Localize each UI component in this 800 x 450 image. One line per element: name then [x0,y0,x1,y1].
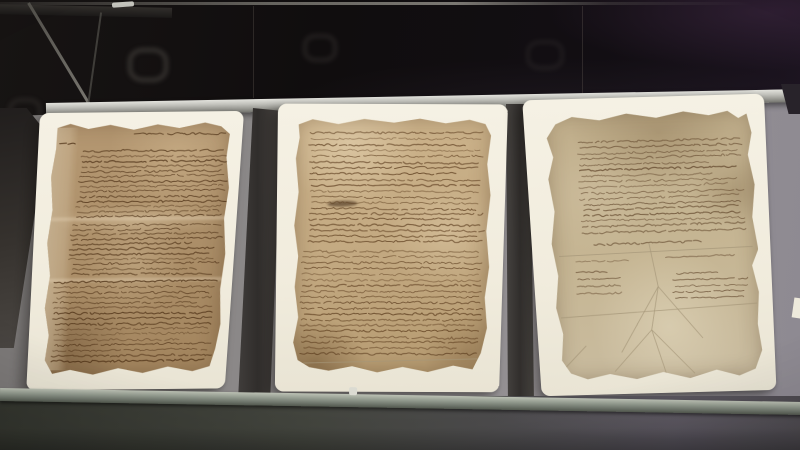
ceiling-light-reflection [128,48,168,82]
glass-panel-seam [253,6,254,98]
handwriting-text [292,117,494,374]
document-mount-center [275,104,508,393]
glass-corner-frame [0,4,172,18]
small-object-on-ledge [349,387,357,395]
handwriting-text [542,108,764,382]
glass-corner-edge-reflection [86,12,102,113]
glass-corner-edge-reflection [27,2,95,113]
ceiling-light-reflection [526,40,564,70]
handwriting-text [40,121,235,375]
adjacent-mount-corner [792,297,800,318]
document-mount-left [26,111,244,390]
glass-panel-seam [582,6,583,98]
manuscript-left [40,121,235,375]
ceiling-light-reflection [303,34,337,62]
manuscript-center [292,117,494,374]
museum-display-case [0,0,800,450]
manuscript-right [542,108,764,382]
document-mount-right [522,94,776,397]
